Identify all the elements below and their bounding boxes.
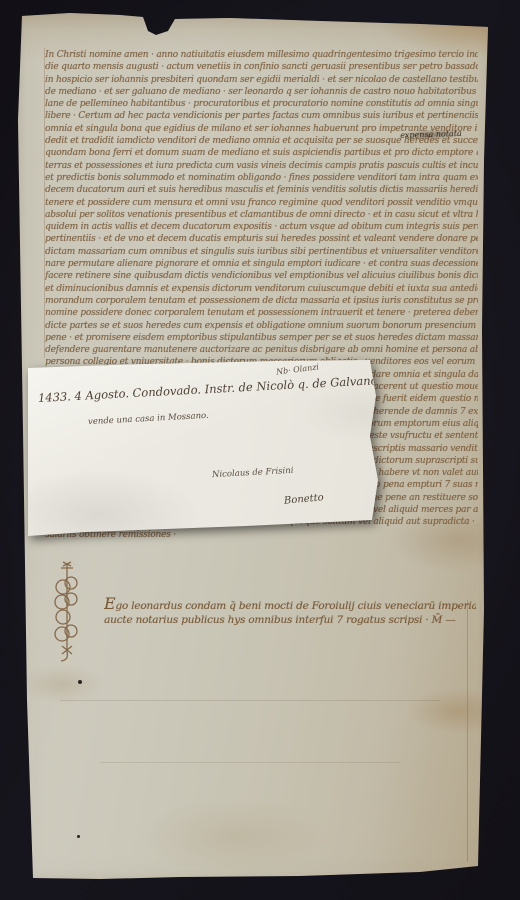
slip-signature-note: Bonetto <box>284 492 325 506</box>
manuscript-line: die quarto mensis augusti · actum veneti… <box>45 61 478 73</box>
manuscript-line: de mediano · et ser galuano de mediano ·… <box>45 86 478 98</box>
subscription-line: aucte notarius publicus hys omnibus inte… <box>104 612 476 628</box>
manuscript-line: nare permutare alienare pignorare et omn… <box>45 258 478 270</box>
manuscript-line: quidem in actis vallis et decem ducatoru… <box>45 221 478 233</box>
archivist-slip-paper: Nb· Olanzi 1433. 4 Agosto. Condovado. In… <box>26 358 384 542</box>
manuscript-line: pertinentiis · et de vno et decem ducati… <box>45 233 478 245</box>
manuscript-line: libere · Certum ad hec pacta vendicionis… <box>45 110 478 122</box>
horizontal-crease <box>100 762 400 763</box>
manuscript-line: defendere guarentare manutenere auctoriz… <box>45 344 478 356</box>
archivist-slip: Nb· Olanzi 1433. 4 Agosto. Condovado. In… <box>26 358 384 542</box>
slip-top-annotation: Nb· Olanzi <box>276 362 320 376</box>
manuscript-line: terras et possessiones et iura predicta … <box>45 160 478 172</box>
manuscript-line: lane de pellemineo habitantibus · procur… <box>45 98 478 110</box>
notarial-subscription: Ego leonardus condam q̄ beni mocti de Fo… <box>104 596 476 628</box>
manuscript-line: facere retinere sine quibusdam dictis ve… <box>45 270 478 282</box>
slip-subject-line: vende una casa in Mossano. <box>88 411 209 427</box>
manuscript-line: nomine possidere donec corporalem tenuta… <box>45 307 478 319</box>
manuscript-line: in hospicio ser iohannis presbiteri quon… <box>45 74 478 86</box>
manuscript-line: dictam massariam cum omnibus et singulis… <box>45 246 478 258</box>
manuscript-line: pene · et promisere eisdem emptoribus st… <box>45 332 478 344</box>
manuscript-line: et diminucionibus damnis et expensis dic… <box>45 283 478 295</box>
manuscript-line: absolui per solitos venationis presentib… <box>45 209 478 221</box>
manuscript-line: dicte partes se et suos heredes cum expe… <box>45 320 478 332</box>
ink-spot <box>77 835 80 838</box>
photo-background: In Christi nomine amen · anno natiuitati… <box>0 0 520 900</box>
ink-spot <box>78 680 82 684</box>
manuscript-line: et predictis bonis solummodo et nominati… <box>45 172 478 184</box>
vertical-crease <box>467 600 468 862</box>
manuscript-line: decem ducatorum auri et suis heredibus m… <box>45 184 478 196</box>
marginal-annotation: expensa notata <box>395 127 467 144</box>
horizontal-crease <box>60 700 440 701</box>
notary-sign-icon <box>50 558 86 664</box>
manuscript-line: morandum corporalem tenutam et possessio… <box>45 295 478 307</box>
manuscript-line: tenere et possidere cum mensura et omni … <box>45 197 478 209</box>
slip-notary-note: Nicolaus de Frisini <box>212 466 294 480</box>
subscription-line: Ego leonardus condam q̄ beni mocti de Fo… <box>104 596 476 612</box>
manuscript-line: quondam bona ferri et domum suam de medi… <box>45 147 478 159</box>
manuscript-line: In Christi nomine amen · anno natiuitati… <box>45 49 478 61</box>
